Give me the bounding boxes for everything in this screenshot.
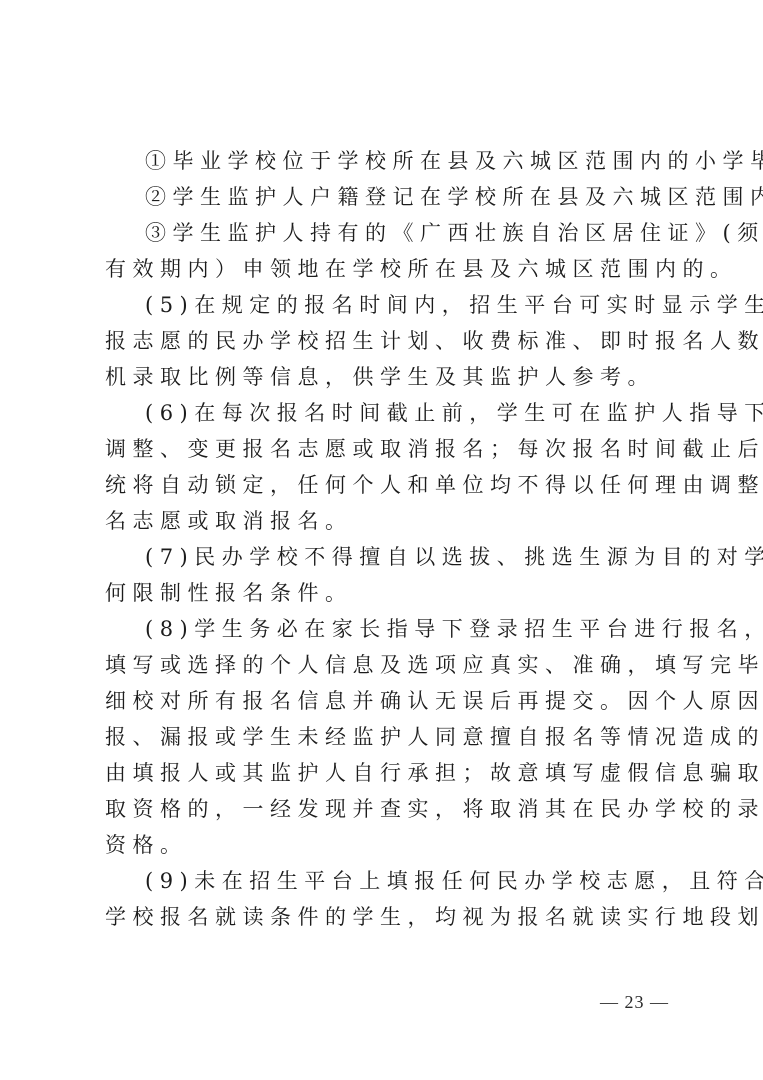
clause-7: (7)民办学校不得擅自以选拔、挑选生源为目的对学生设定任 何限制性报名条件。	[105, 539, 665, 611]
text-line: 机录取比例等信息，供学生及其监护人参考。	[105, 359, 665, 395]
text-line: (6)在每次报名时间截止前，学生可在监护人指导下不限次数	[105, 395, 665, 431]
text-line: ①毕业学校位于学校所在县及六城区范围内的小学毕业生；	[105, 143, 665, 179]
list-item-1: ①毕业学校位于学校所在县及六城区范围内的小学毕业生；	[105, 143, 665, 179]
text-line: ③学生监护人持有的《广西壮族自治区居住证》(须在签注	[105, 215, 665, 251]
text-line: 有效期内）申领地在学校所在县及六城区范围内的。	[105, 251, 665, 287]
clause-5: (5)在规定的报名时间内，招生平台可实时显示学生每次所填 报志愿的民办学校招生计…	[105, 287, 665, 395]
clause-8: (8)学生务必在家长指导下登录招生平台进行报名，报名时所 填写或选择的个人信息及…	[105, 611, 665, 863]
text-line: 调整、变更报名志愿或取消报名；每次报名时间截止后，报名系	[105, 431, 665, 467]
text-line: 由填报人或其监护人自行承担；故意填写虚假信息骗取报名、录	[105, 755, 665, 791]
text-line: (7)民办学校不得擅自以选拔、挑选生源为目的对学生设定任	[105, 539, 665, 575]
text-line: 学校报名就读条件的学生，均视为报名就读实行地段划片招生的	[105, 899, 665, 935]
clause-6: (6)在每次报名时间截止前，学生可在监护人指导下不限次数 调整、变更报名志愿或取…	[105, 395, 665, 539]
page-number: — 23 —	[600, 992, 669, 1013]
text-line: 细校对所有报名信息并确认无误后再提交。因个人原因误报、错	[105, 683, 665, 719]
text-line: ②学生监护人户籍登记在学校所在县及六城区范围内的；	[105, 179, 665, 215]
text-line: (9)未在招生平台上填报任何民办学校志愿，且符合市区公办	[105, 863, 665, 899]
text-line: 报志愿的民办学校招生计划、收费标准、即时报名人数、即时随	[105, 323, 665, 359]
text-line: 名志愿或取消报名。	[105, 503, 665, 539]
text-line: (8)学生务必在家长指导下登录招生平台进行报名，报名时所	[105, 611, 665, 647]
text-line: 填写或选择的个人信息及选项应真实、准确，填写完毕后务必仔	[105, 647, 665, 683]
body-text: ①毕业学校位于学校所在县及六城区范围内的小学毕业生； ②学生监护人户籍登记在学校…	[105, 143, 665, 935]
list-item-2: ②学生监护人户籍登记在学校所在县及六城区范围内的；	[105, 179, 665, 215]
text-line: 报、漏报或学生未经监护人同意擅自报名等情况造成的不良后果	[105, 719, 665, 755]
document-page: ①毕业学校位于学校所在县及六城区范围内的小学毕业生； ②学生监护人户籍登记在学校…	[0, 0, 763, 1080]
text-line: 取资格的，一经发现并查实，将取消其在民办学校的录取、就读	[105, 791, 665, 827]
clause-9: (9)未在招生平台上填报任何民办学校志愿，且符合市区公办 学校报名就读条件的学生…	[105, 863, 665, 935]
text-line: (5)在规定的报名时间内，招生平台可实时显示学生每次所填	[105, 287, 665, 323]
list-item-3: ③学生监护人持有的《广西壮族自治区居住证》(须在签注 有效期内）申领地在学校所在…	[105, 215, 665, 287]
text-line: 统将自动锁定，任何个人和单位均不得以任何理由调整、更改报	[105, 467, 665, 503]
text-line: 何限制性报名条件。	[105, 575, 665, 611]
text-line: 资格。	[105, 827, 665, 863]
